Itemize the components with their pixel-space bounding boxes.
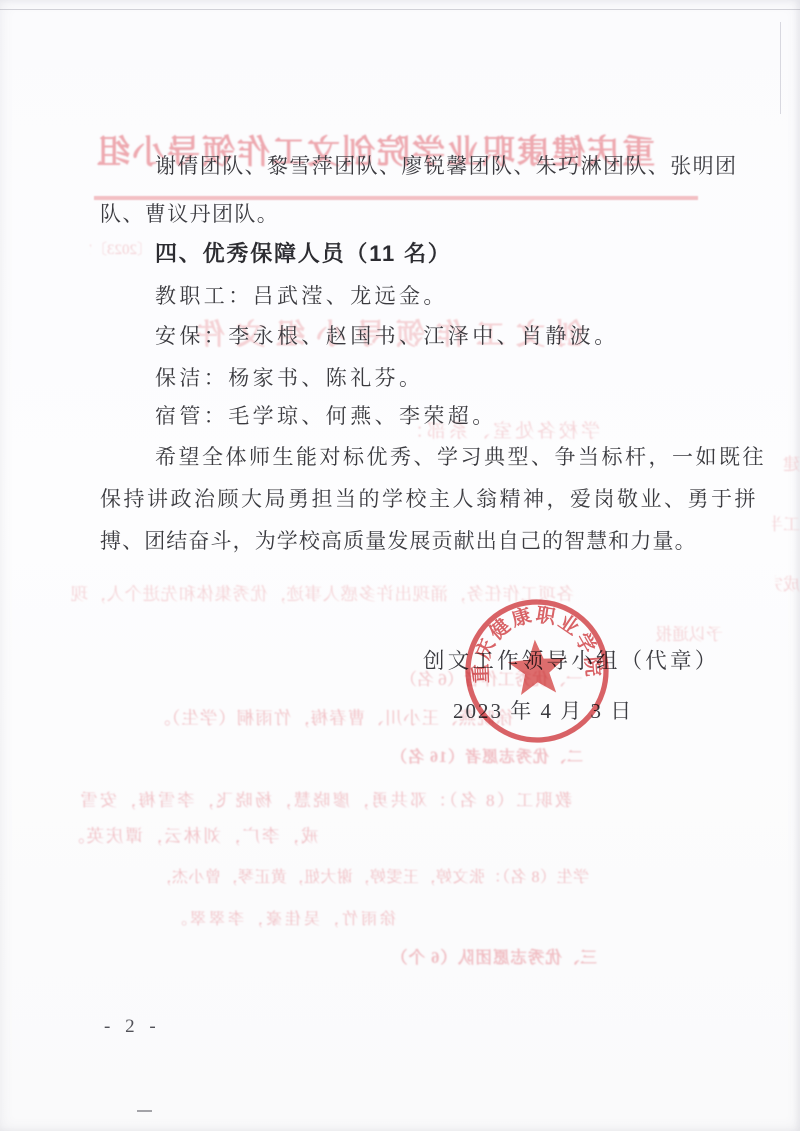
bleed-staff-line-2: 戒，李广，刘林云，谭庆英。 <box>65 823 319 848</box>
scan-right-edge-line <box>780 22 781 114</box>
official-seal-stamp: 重庆健康职业学院 <box>445 590 629 752</box>
list-item-cleaning: 保洁：杨家书、陈礼芬。 <box>155 362 423 392</box>
bleed-right-fragment-3: 成完 <box>775 570 800 595</box>
bleed-student-line-2: 徐雨竹，吴佳豪，李翠翠。 <box>168 906 396 929</box>
bleed-staff-line-1: 教职工（8 名）：邓共勇，廖晓慧，杨晓飞，李雪梅，安雪 <box>78 786 572 811</box>
page-number: - 2 - <box>104 1016 161 1038</box>
bleed-notice-fragment: 予以通报 <box>655 620 723 645</box>
list-item-staff: 教职工：吕武滢、龙远金。 <box>155 280 448 310</box>
closing-paragraph-line-2: 保持讲政治顾大局勇担当的学校主人翁精神，爱岗敬业、勇于拼 <box>100 483 758 513</box>
teams-paragraph-line-2: 队、曹议丹团队。 <box>100 198 279 228</box>
list-item-security: 安保：李永根、赵国书、江泽中、肖静波。 <box>155 320 619 350</box>
closing-paragraph-line-1: 希望全体师生能对标优秀、学习典型、争当标杆，一如既往 <box>155 441 766 471</box>
bleed-student-line-1: 学生（8 名）：张文婷，王雯婷，谢大妞，黄正琴，曾小杰， <box>155 864 589 887</box>
teams-paragraph-line-1: 谢倩团队、黎雪萍团队、廖锐馨团队、朱巧淋团队、张明团 <box>155 150 737 180</box>
list-item-dorm: 宿管：毛学琼、何燕、李荣超。 <box>155 400 497 430</box>
seal-star-icon <box>506 638 567 696</box>
bleed-right-fragment-1: 建 <box>774 450 800 475</box>
scan-bottom-artifact <box>137 1110 152 1112</box>
scan-top-edge-line <box>0 9 800 10</box>
closing-paragraph-line-3: 搏、团结奋斗，为学校高质量发展贡献出自己的智慧和力量。 <box>100 525 697 555</box>
bleed-right-fragment-2: 工半 <box>772 510 800 535</box>
bleed-doc-number: 〔2023〕7 号 <box>90 238 152 259</box>
section-heading-4: 四、优秀保障人员（11 名） <box>155 237 452 268</box>
bleed-section-3: 三、优秀志愿团队（6 个） <box>390 944 597 968</box>
scanned-document-page: 重庆健康职业学院创文工作领导小组 〔2023〕7 号 创文工作领导小组文件 学校… <box>0 0 800 1131</box>
